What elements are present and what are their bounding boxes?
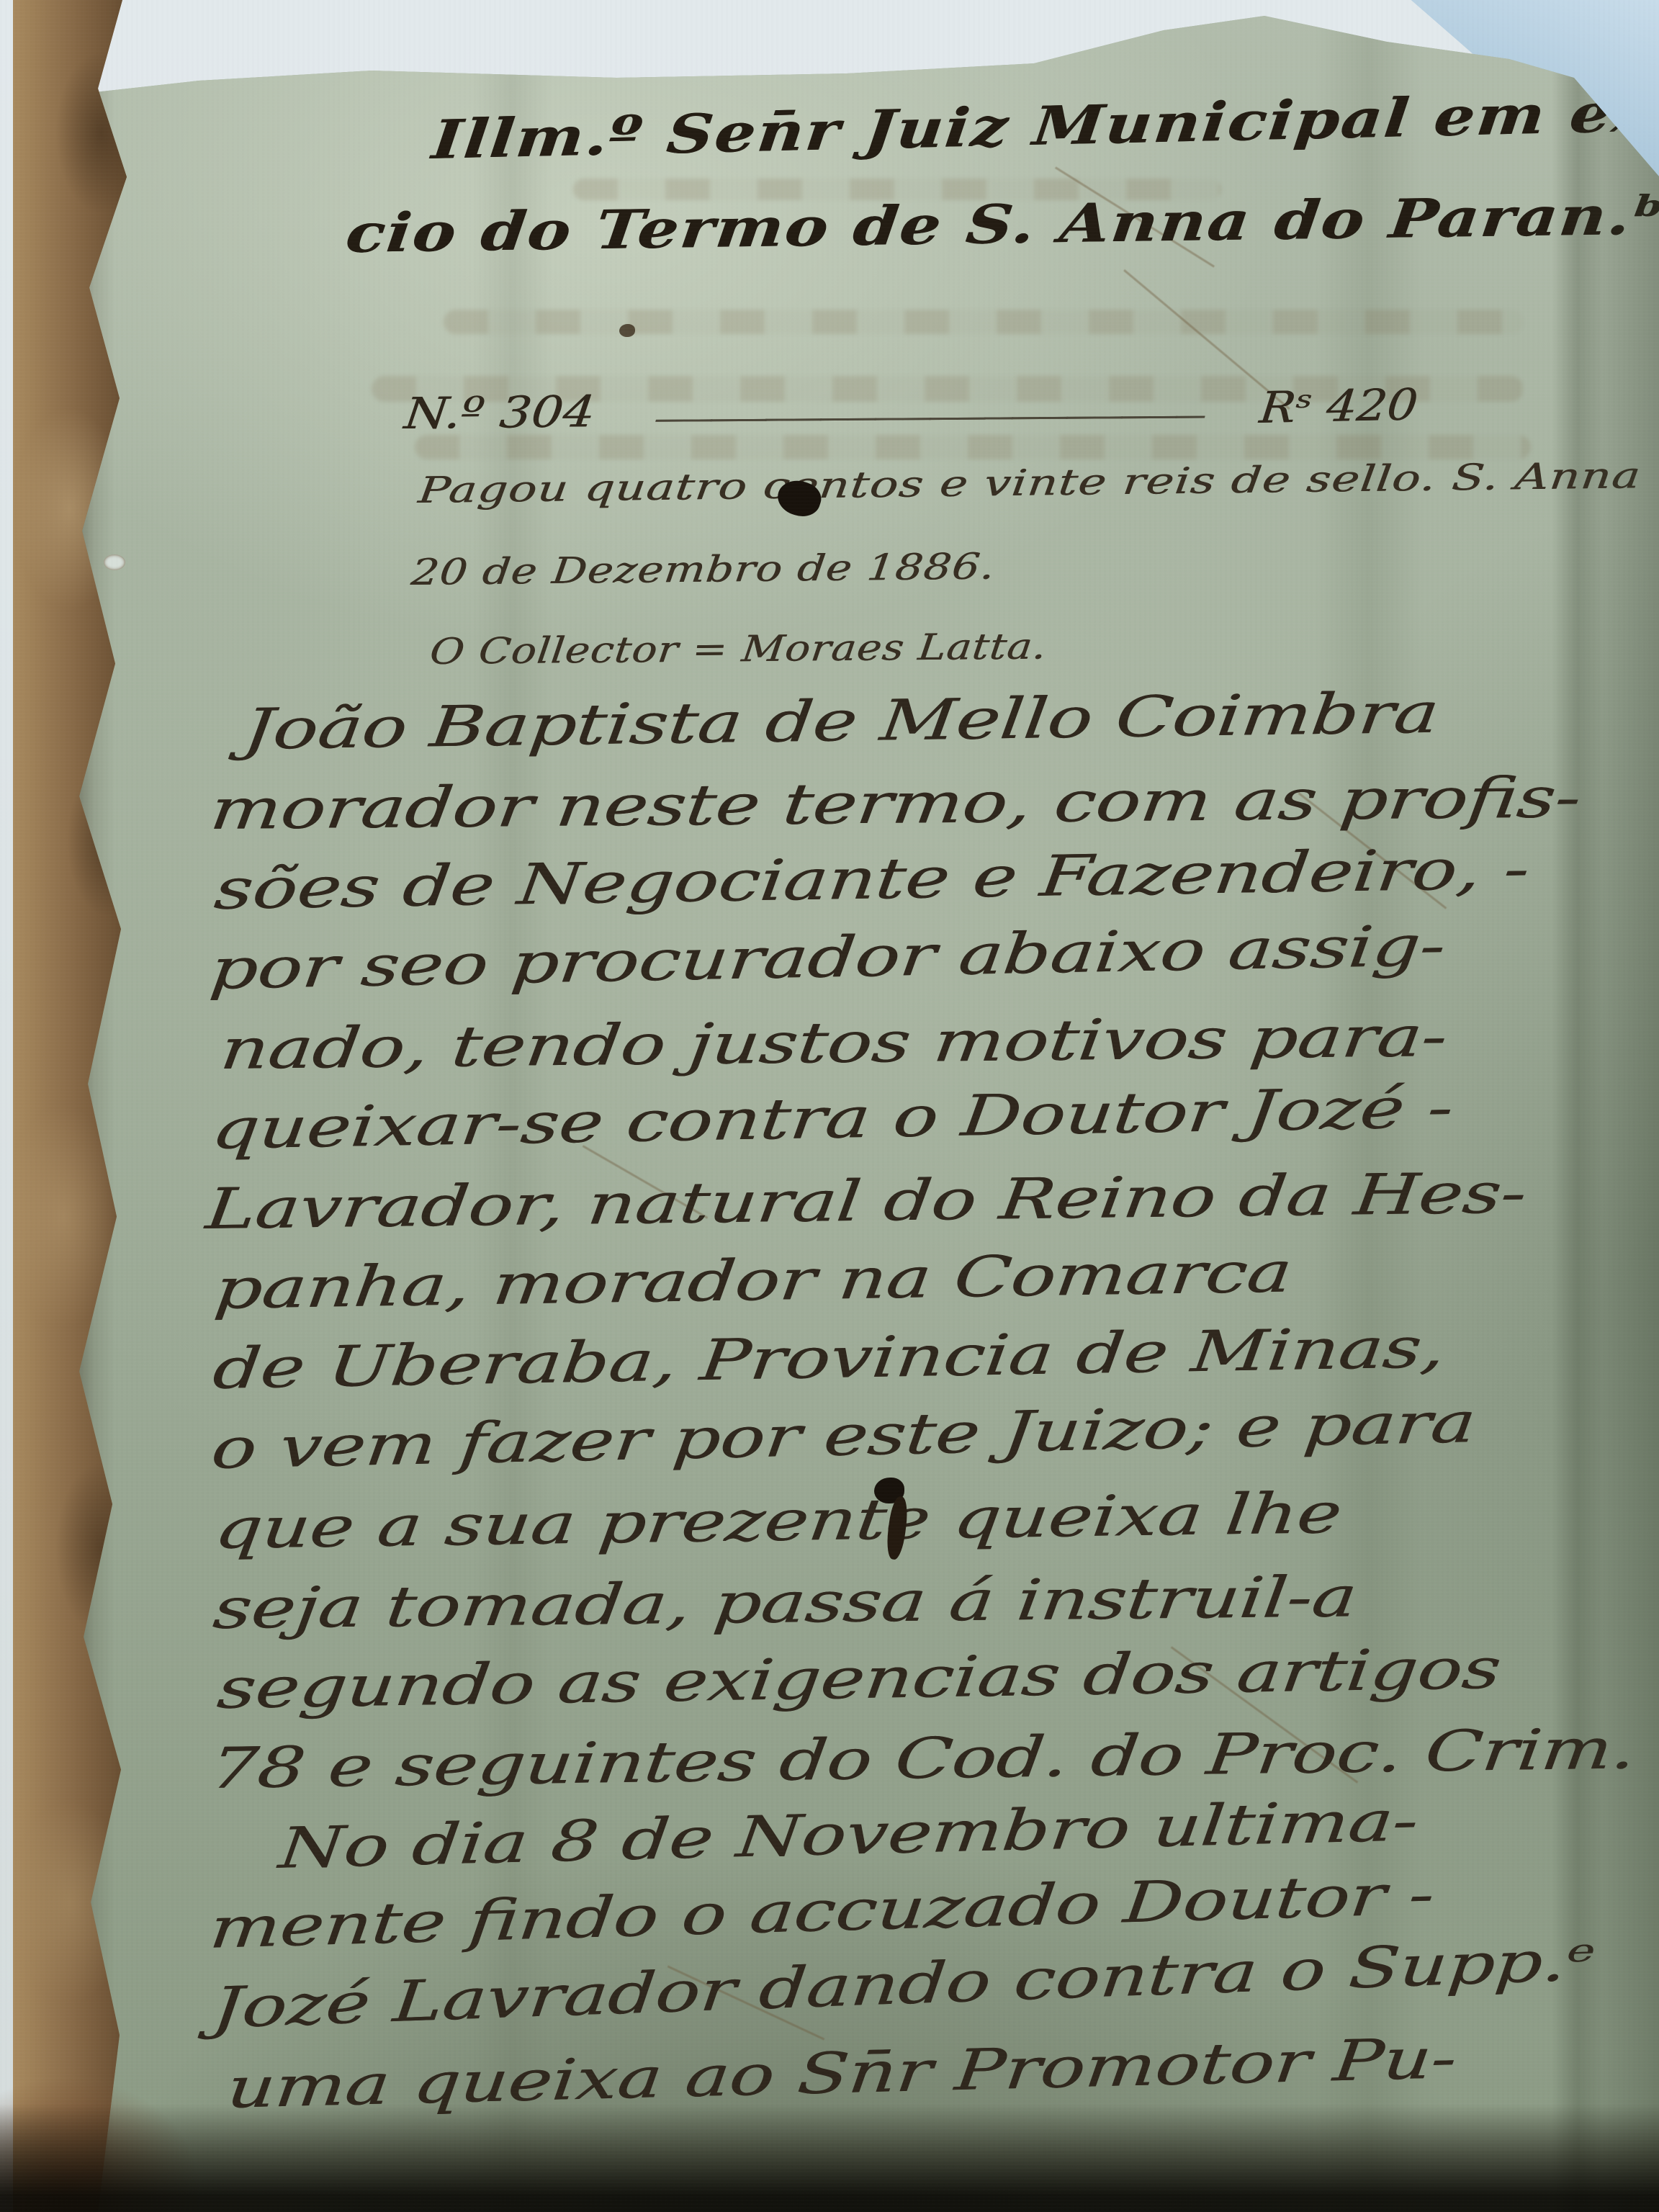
manuscript-page: Illm.º Sen̄r Juiz Municipal em exercí- c… <box>69 0 1659 2212</box>
stain-spot <box>619 324 635 337</box>
petition-body: João Baptista de Mello Coimbra morador n… <box>206 693 1632 2131</box>
bottom-shadow <box>0 2104 1659 2212</box>
fee-amount: Rˢ 420 <box>1257 379 1420 433</box>
paper-hole <box>104 554 125 570</box>
ink-bleedthrough <box>415 435 1531 459</box>
receipt-line-2: 20 de Dezembro de 1886. <box>409 545 997 593</box>
paper-crease <box>1552 0 1603 2212</box>
manuscript-line: João Baptista de Mello Coimbra <box>239 667 1659 773</box>
manuscript-photo: Illm.º Sen̄r Juiz Municipal em exercí- c… <box>0 0 1659 2212</box>
receipt-line-1: Pagou quatro centos e vinte reis de sell… <box>416 454 1643 511</box>
case-number: N.º 304 <box>402 387 598 439</box>
heading-line-1: Illm.º Sen̄r Juiz Municipal em exercí- <box>429 78 1659 171</box>
dash-filler: ———————————————————— <box>652 397 1204 437</box>
collector-line: O Collector = Moraes Latta. <box>428 625 1049 673</box>
heading-line-2: cio do Termo de S. Anna do Paran.ᵇᵃ <box>343 184 1659 265</box>
ink-bleedthrough <box>444 310 1524 334</box>
